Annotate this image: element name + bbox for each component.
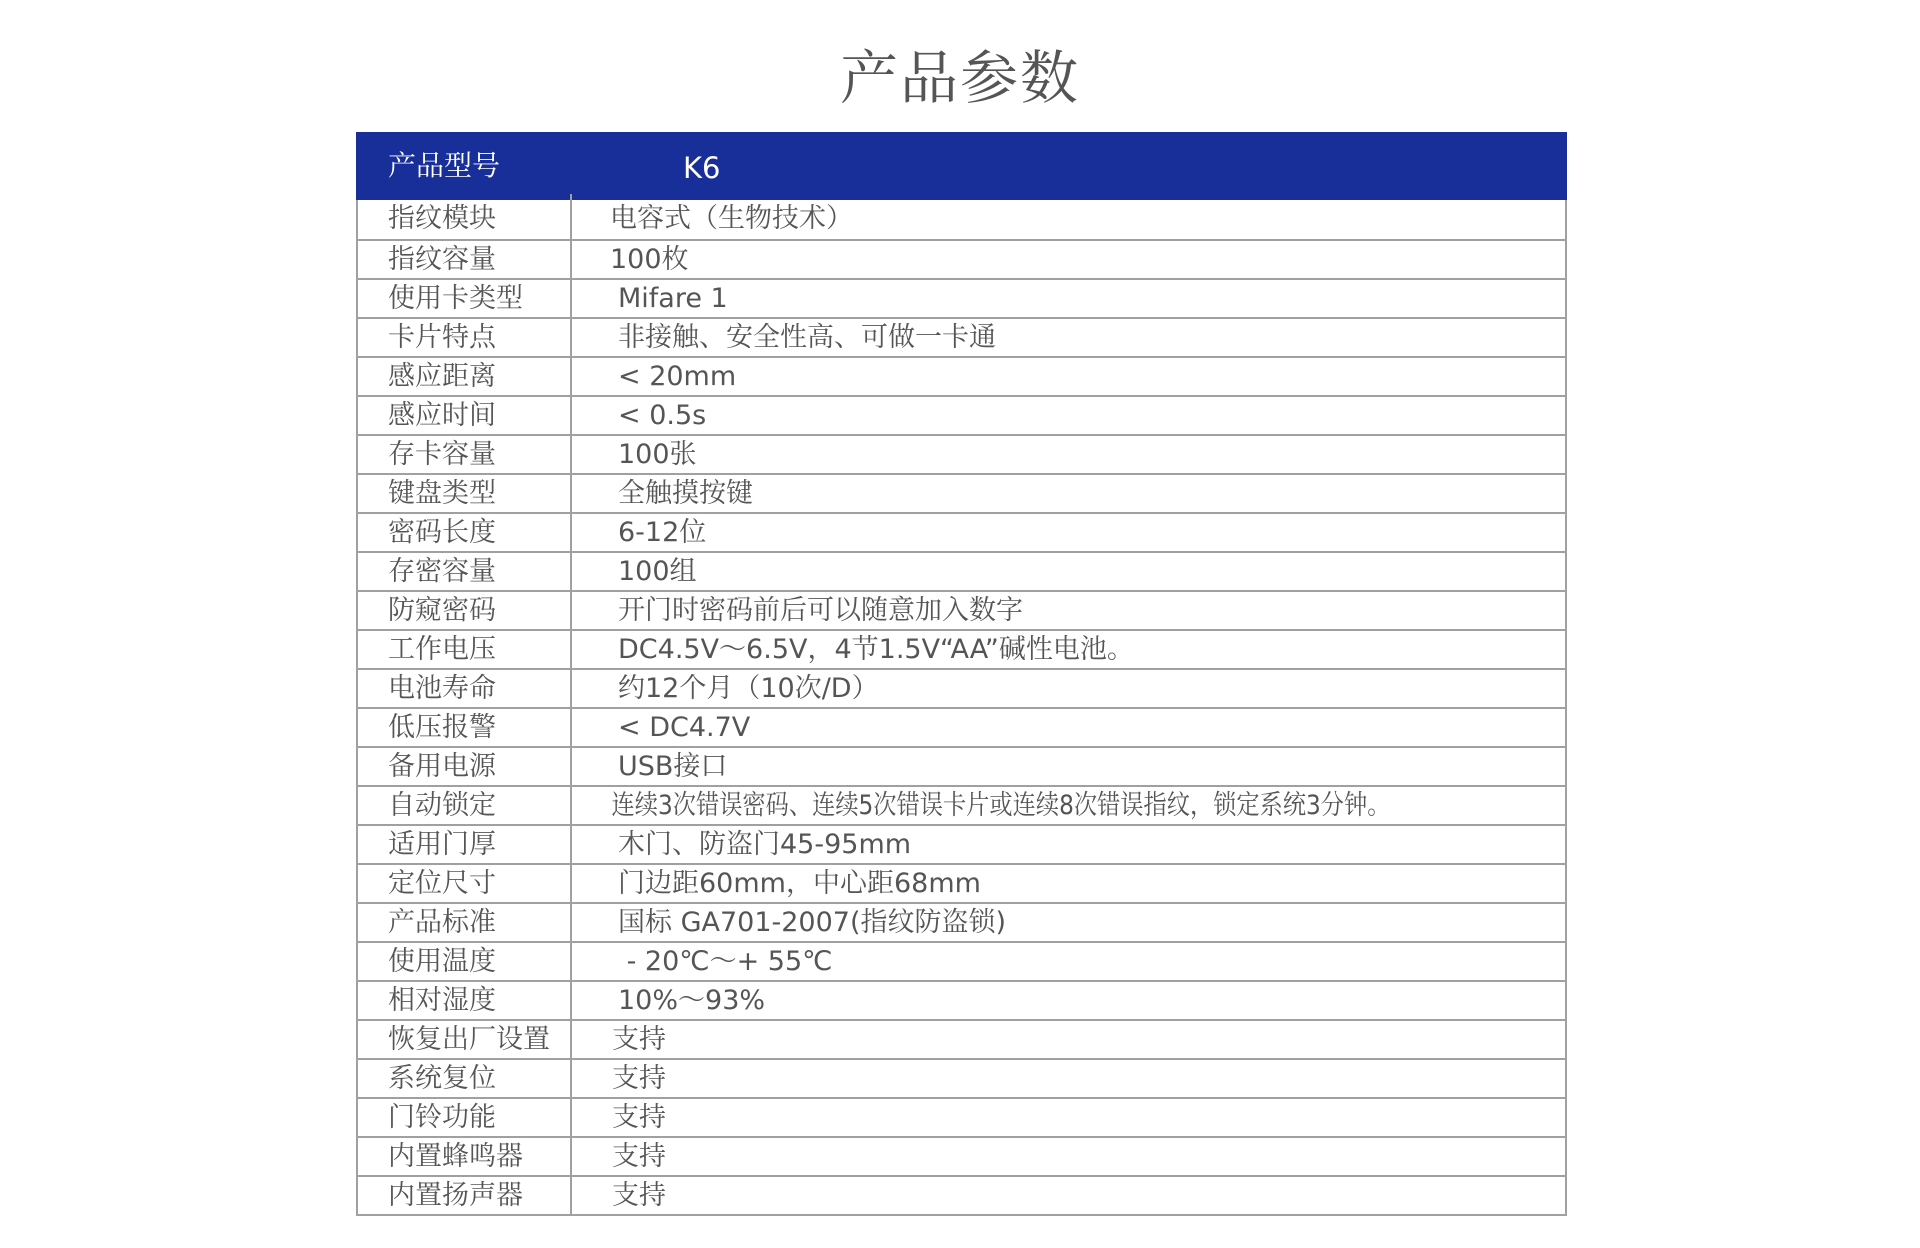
table-row: 适用门厚木门、防盗门45-95mm <box>358 824 1565 863</box>
row-label: 密码长度 <box>358 514 572 551</box>
row-label: 恢复出厂设置 <box>358 1021 572 1058</box>
row-label: 定位尺寸 <box>358 865 572 902</box>
row-value: 门边距60mm，中心距68mm <box>572 865 1565 902</box>
row-value: < DC4.7V <box>572 709 1565 746</box>
table-row: 低压报警< DC4.7V <box>358 707 1565 746</box>
table-row: 指纹模块电容式（生物技术） <box>358 200 1565 239</box>
table-header: 产品型号 K6 <box>356 132 1567 200</box>
row-value: 开门时密码前后可以随意加入数字 <box>572 592 1565 629</box>
table-row: 内置扬声器支持 <box>358 1175 1565 1214</box>
table-row: 密码长度6-12位 <box>358 512 1565 551</box>
row-value: - 20℃～+ 55℃ <box>572 943 1565 980</box>
header-value: K6 <box>683 150 720 186</box>
table-row: 工作电压DC4.5V～6.5V，4节1.5V“AA”碱性电池。 <box>358 629 1565 668</box>
row-label: 感应时间 <box>358 397 572 434</box>
table-row: 内置蜂鸣器支持 <box>358 1136 1565 1175</box>
table-row: 卡片特点非接触、安全性高、可做一卡通 <box>358 317 1565 356</box>
row-label: 电池寿命 <box>358 670 572 707</box>
row-label: 备用电源 <box>358 748 572 785</box>
column-divider <box>570 194 572 200</box>
row-value: 100组 <box>572 553 1565 590</box>
row-value: 6-12位 <box>572 514 1565 551</box>
row-label: 使用卡类型 <box>358 280 572 317</box>
row-label: 防窥密码 <box>358 592 572 629</box>
table-row: 存密容量100组 <box>358 551 1565 590</box>
row-label: 低压报警 <box>358 709 572 746</box>
table-row: 指纹容量100枚 <box>358 239 1565 278</box>
row-value: 支持 <box>572 1099 1565 1136</box>
row-value: < 0.5s <box>572 397 1565 434</box>
row-value: 支持 <box>572 1021 1565 1058</box>
table-row: 产品标准国标 GA701-2007(指纹防盗锁) <box>358 902 1565 941</box>
row-label: 内置蜂鸣器 <box>358 1138 572 1175</box>
row-value: 10%～93% <box>572 982 1565 1019</box>
row-label: 存密容量 <box>358 553 572 590</box>
row-label: 相对湿度 <box>358 982 572 1019</box>
row-label: 内置扬声器 <box>358 1177 572 1214</box>
table-row: 电池寿命约12个月（10次/D） <box>358 668 1565 707</box>
row-value: USB接口 <box>572 748 1565 785</box>
table-row: 使用卡类型Mifare 1 <box>358 278 1565 317</box>
row-label: 适用门厚 <box>358 826 572 863</box>
table-row: 恢复出厂设置支持 <box>358 1019 1565 1058</box>
table-row: 感应时间< 0.5s <box>358 395 1565 434</box>
row-value: 非接触、安全性高、可做一卡通 <box>572 319 1565 356</box>
row-value: 约12个月（10次/D） <box>572 670 1565 707</box>
row-label: 自动锁定 <box>358 787 572 824</box>
row-value: 全触摸按键 <box>572 475 1565 512</box>
row-value: 支持 <box>572 1060 1565 1097</box>
table-row: 存卡容量100张 <box>358 434 1565 473</box>
table-body: 指纹模块电容式（生物技术）指纹容量100枚使用卡类型Mifare 1卡片特点非接… <box>356 200 1567 1216</box>
row-value: 支持 <box>572 1138 1565 1175</box>
row-value: 100枚 <box>572 241 1565 278</box>
table-row: 使用温度 - 20℃～+ 55℃ <box>358 941 1565 980</box>
row-label: 工作电压 <box>358 631 572 668</box>
table-row: 防窥密码开门时密码前后可以随意加入数字 <box>358 590 1565 629</box>
row-label: 存卡容量 <box>358 436 572 473</box>
row-value: 木门、防盗门45-95mm <box>572 826 1565 863</box>
table-row: 备用电源USB接口 <box>358 746 1565 785</box>
table-row: 自动锁定连续3次错误密码、连续5次错误卡片或连续8次错误指纹，锁定系统3分钟。 <box>358 785 1565 824</box>
table-row: 键盘类型全触摸按键 <box>358 473 1565 512</box>
table-row: 门铃功能支持 <box>358 1097 1565 1136</box>
page-title: 产品参数 <box>0 40 1920 116</box>
row-label: 系统复位 <box>358 1060 572 1097</box>
row-label: 卡片特点 <box>358 319 572 356</box>
row-value: Mifare 1 <box>572 280 1565 317</box>
row-label: 使用温度 <box>358 943 572 980</box>
row-label: 门铃功能 <box>358 1099 572 1136</box>
row-label: 指纹模块 <box>358 200 572 239</box>
row-value: DC4.5V～6.5V，4节1.5V“AA”碱性电池。 <box>572 631 1565 668</box>
row-label: 感应距离 <box>358 358 572 395</box>
row-value: 连续3次错误密码、连续5次错误卡片或连续8次错误指纹，锁定系统3分钟。 <box>572 787 1426 824</box>
table-row: 定位尺寸门边距60mm，中心距68mm <box>358 863 1565 902</box>
row-label: 产品标准 <box>358 904 572 941</box>
table-row: 相对湿度10%～93% <box>358 980 1565 1019</box>
header-label: 产品型号 <box>388 148 500 184</box>
row-value: 国标 GA701-2007(指纹防盗锁) <box>572 904 1565 941</box>
row-value: 电容式（生物技术） <box>572 200 1565 239</box>
row-label: 指纹容量 <box>358 241 572 278</box>
table-row: 系统复位支持 <box>358 1058 1565 1097</box>
row-value: 100张 <box>572 436 1565 473</box>
spec-table: 产品型号 K6 指纹模块电容式（生物技术）指纹容量100枚使用卡类型Mifare… <box>356 132 1567 1216</box>
row-value: < 20mm <box>572 358 1565 395</box>
table-row: 感应距离< 20mm <box>358 356 1565 395</box>
row-value: 支持 <box>572 1177 1565 1214</box>
row-label: 键盘类型 <box>358 475 572 512</box>
